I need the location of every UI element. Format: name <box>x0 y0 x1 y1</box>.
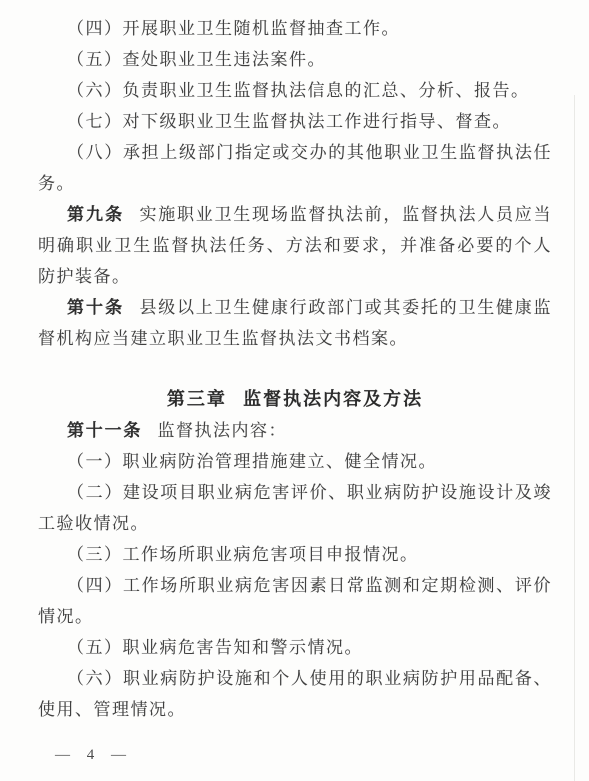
paragraph-text: （五）查处职业卫生违法案件。 <box>67 50 326 69</box>
chapter-heading: 第三章监督执法内容及方法 <box>38 383 552 415</box>
paragraph-text: （三）工作场所职业病危害项目申报情况。 <box>67 545 419 564</box>
chapter-number: 第三章 <box>167 389 227 409</box>
paragraph: （六）职业病防护设施和个人使用的职业病防护用品配备、使用、管理情况。 <box>38 663 552 725</box>
paragraph-text: （四）工作场所职业病危害因素日常监测和定期检测、评价情况。 <box>38 576 552 626</box>
paragraph: （四）工作场所职业病危害因素日常监测和定期检测、评价情况。 <box>38 570 552 632</box>
paragraph: （四）开展职业卫生随机监督抽查工作。 <box>38 13 552 44</box>
page-edge-line <box>574 95 575 781</box>
paragraph-text: （六）职业病防护设施和个人使用的职业病防护用品配备、使用、管理情况。 <box>38 669 552 719</box>
paragraph-text: （八）承担上级部门指定或交办的其他职业卫生监督执法任务。 <box>38 143 552 193</box>
paragraph: 第十条县级以上卫生健康行政部门或其委托的卫生健康监督机构应当建立职业卫生监督执法… <box>38 292 552 354</box>
paragraph: （五）职业病危害告知和警示情况。 <box>38 632 552 663</box>
paragraph: （六）负责职业卫生监督执法信息的汇总、分析、报告。 <box>38 75 552 106</box>
paragraph-text: （四）开展职业卫生随机监督抽查工作。 <box>67 19 400 38</box>
paragraph: （一）职业病防治管理措施建立、健全情况。 <box>38 446 552 477</box>
paragraph-text: （七）对下级职业卫生监督执法工作进行指导、督查。 <box>67 112 511 131</box>
paragraph-text: 监督执法内容： <box>158 421 288 440</box>
paragraph: 第九条实施职业卫生现场监督执法前，监督执法人员应当明确职业卫生监督执法任务、方法… <box>38 199 552 292</box>
chapter-title: 监督执法内容及方法 <box>243 389 423 409</box>
paragraph: （二）建设项目职业病危害评价、职业病防护设施设计及竣工验收情况。 <box>38 477 552 539</box>
paragraph: 第十一条监督执法内容： <box>38 415 552 446</box>
paragraph: （八）承担上级部门指定或交办的其他职业卫生监督执法任务。 <box>38 137 552 199</box>
article-number: 第十一条 <box>67 421 142 440</box>
page-number: — 4 — <box>55 747 128 764</box>
paragraph-text: （二）建设项目职业病危害评价、职业病防护设施设计及竣工验收情况。 <box>38 483 552 533</box>
document-body: （四）开展职业卫生随机监督抽查工作。 （五）查处职业卫生违法案件。 （六）负责职… <box>38 13 552 725</box>
paragraph: （七）对下级职业卫生监督执法工作进行指导、督查。 <box>38 106 552 137</box>
document-page: （四）开展职业卫生随机监督抽查工作。 （五）查处职业卫生违法案件。 （六）负责职… <box>0 0 589 781</box>
paragraph: （三）工作场所职业病危害项目申报情况。 <box>38 539 552 570</box>
article-number: 第九条 <box>67 205 124 224</box>
paragraph-text: （五）职业病危害告知和警示情况。 <box>67 638 363 657</box>
paragraph: （五）查处职业卫生违法案件。 <box>38 44 552 75</box>
paragraph-text: （六）负责职业卫生监督执法信息的汇总、分析、报告。 <box>67 81 530 100</box>
paragraph-text: （一）职业病防治管理措施建立、健全情况。 <box>67 452 437 471</box>
article-number: 第十条 <box>67 298 124 317</box>
